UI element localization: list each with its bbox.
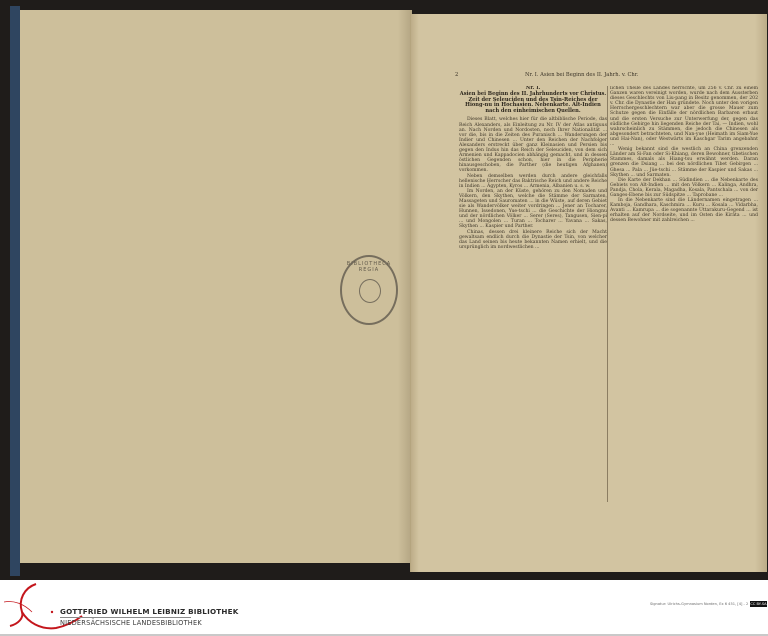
paragraph: lichen Theile des Landes herrschte, um 2… — [610, 86, 758, 147]
paragraph: In die Nebenkarte sind die Ländernamen e… — [610, 198, 758, 223]
library-stamp: BIBLIOTHECA REGIA — [340, 255, 398, 325]
column-divider — [607, 86, 608, 502]
library-name-divider — [60, 617, 191, 618]
page-fold-shadow — [411, 14, 419, 572]
book-cover-edge — [10, 6, 20, 576]
stamp-text: BIBLIOTHECA REGIA — [342, 261, 396, 273]
paragraph: Wenig bekannt sind die westlich an China… — [610, 147, 758, 178]
running-head: Nr. I. Asien bei Beginn des II. Jahrh. v… — [525, 72, 755, 78]
paragraph: Dieses Blatt, welches hier für die altbi… — [459, 117, 607, 173]
shelfmark-signature: Signatur: Ulrichs-Gymnasium Norden, Ex 6… — [650, 602, 748, 606]
library-subtitle: NIEDERSÄCHSISCHE LANDESBIBLIOTHEK — [60, 619, 202, 627]
stamp-crest-icon — [359, 279, 381, 303]
text-column-right: lichen Theile des Landes herrschte, um 2… — [610, 86, 758, 502]
paragraph: Chinas, dessen drei kleinere Reiche sich… — [459, 230, 607, 250]
paragraph: Im Norden, an der Küste, gehören zu den … — [459, 189, 607, 230]
page-number: 2 — [455, 72, 458, 78]
library-name: GOTTFRIED WILHELM LEIBNIZ BIBLIOTHEK — [60, 607, 238, 616]
footer-bar: GOTTFRIED WILHELM LEIBNIZ BIBLIOTHEK NIE… — [0, 580, 768, 636]
paragraph: Neben demselben werden durch andere glei… — [459, 174, 607, 189]
document-viewer: BIBLIOTHECA REGIA 2 Nr. I. Asien bei Beg… — [0, 0, 768, 580]
section-title: Asien bei Beginn des II. Jahrhunderts vo… — [459, 92, 607, 114]
license-badge[interactable]: CC BY-SA — [750, 601, 767, 607]
paragraph: Die Karte der Dekhan ... Südindien ... d… — [610, 178, 758, 198]
text-column-left: Nr. I. Asien bei Beginn des II. Jahrhund… — [459, 86, 607, 504]
